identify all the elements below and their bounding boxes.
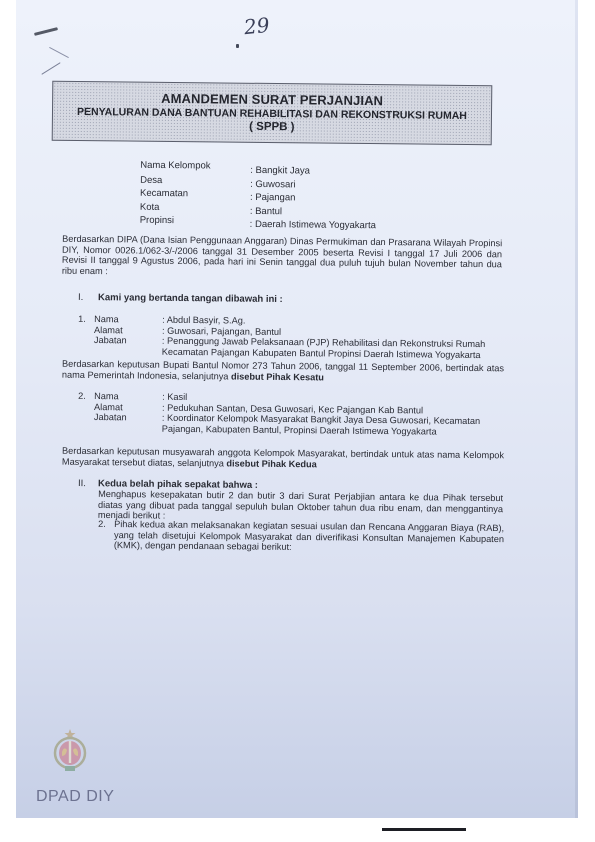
section-number: I. <box>78 292 98 303</box>
scratch-mark <box>49 47 69 58</box>
field-label: Alamat <box>94 402 162 413</box>
info-value: : Bantul <box>250 206 282 217</box>
field-label: Nama <box>94 314 162 325</box>
field-label: Jabatan <box>94 412 162 434</box>
party-1-position-row: Jabatan : Penanggung Jawab Pelaksanaan (… <box>78 335 492 361</box>
item-number: 2. <box>98 519 114 551</box>
designation-emphasis: disebut Pihak Kedua <box>226 458 316 469</box>
field-label: Jabatan <box>94 335 162 357</box>
document-title-box: AMANDEMEN SURAT PERJANJIAN PENYALURAN DA… <box>52 81 493 146</box>
party-2-block: 2. Nama : Kasil Alamat : Pedukuhan Santa… <box>78 391 492 438</box>
info-value: : Daerah Istimewa Yogyakarta <box>250 220 376 232</box>
info-value: : Guwosari <box>250 179 296 190</box>
handwritten-page-mark: 29 <box>243 13 271 40</box>
section-1-heading: I.Kami yang bertanda tangan dibawah ini … <box>78 292 283 305</box>
info-value: : Pajangan <box>250 193 296 204</box>
party-1-designation: Berdasarkan keputusan Bupati Bantul Nomo… <box>62 359 504 385</box>
party-number: 1. <box>78 314 94 325</box>
item-text: Pihak kedua akan melaksanakan kegiatan s… <box>114 519 504 555</box>
field-label: Nama <box>94 391 162 402</box>
party-2-position-row: Jabatan : Koordinator Kelompok Masyaraka… <box>78 412 492 438</box>
scratch-mark <box>41 62 60 75</box>
info-row-propinsi: Propinsi : Daerah Istimewa Yogyakarta <box>140 216 376 232</box>
group-info-table: Nama Kelompok : Bangkit Jaya Desa : Guwo… <box>140 161 377 232</box>
footer-rule <box>382 828 466 831</box>
party-2-designation: Berdasarkan keputusan musyawarah anggota… <box>62 446 504 472</box>
designation-emphasis: disebut Pihak Kesatu <box>231 371 324 382</box>
party-number: 2. <box>78 391 94 402</box>
agreement-item-2: 2. Pihak kedua akan melaksanakan kegiata… <box>98 519 504 555</box>
intro-paragraph: Berdasarkan DIPA (Dana Isian Penggunaan … <box>62 234 502 281</box>
party-1-block: 1. Nama : Abdul Basyir, S.Ag. Alamat : G… <box>78 314 492 361</box>
field-value: : Penanggung Jawab Pelaksanaan (PJP) Reh… <box>162 336 492 361</box>
section-number: II. <box>78 478 98 489</box>
yogyakarta-coat-of-arms-icon <box>52 728 88 774</box>
ink-dot <box>236 44 239 48</box>
info-value: : Bangkit Jaya <box>250 166 310 177</box>
field-label: Alamat <box>94 325 162 336</box>
staple-mark <box>34 27 58 36</box>
info-label: Propinsi <box>140 216 250 231</box>
section-title: Kami yang bertanda tangan dibawah ini : <box>98 292 283 305</box>
watermark-text: DPAD DIY <box>36 788 114 806</box>
document-page: 29 AMANDEMEN SURAT PERJANJIAN PENYALURAN… <box>16 0 578 818</box>
field-value: : Koordinator Kelompok Masyarakat Bangki… <box>162 413 492 438</box>
